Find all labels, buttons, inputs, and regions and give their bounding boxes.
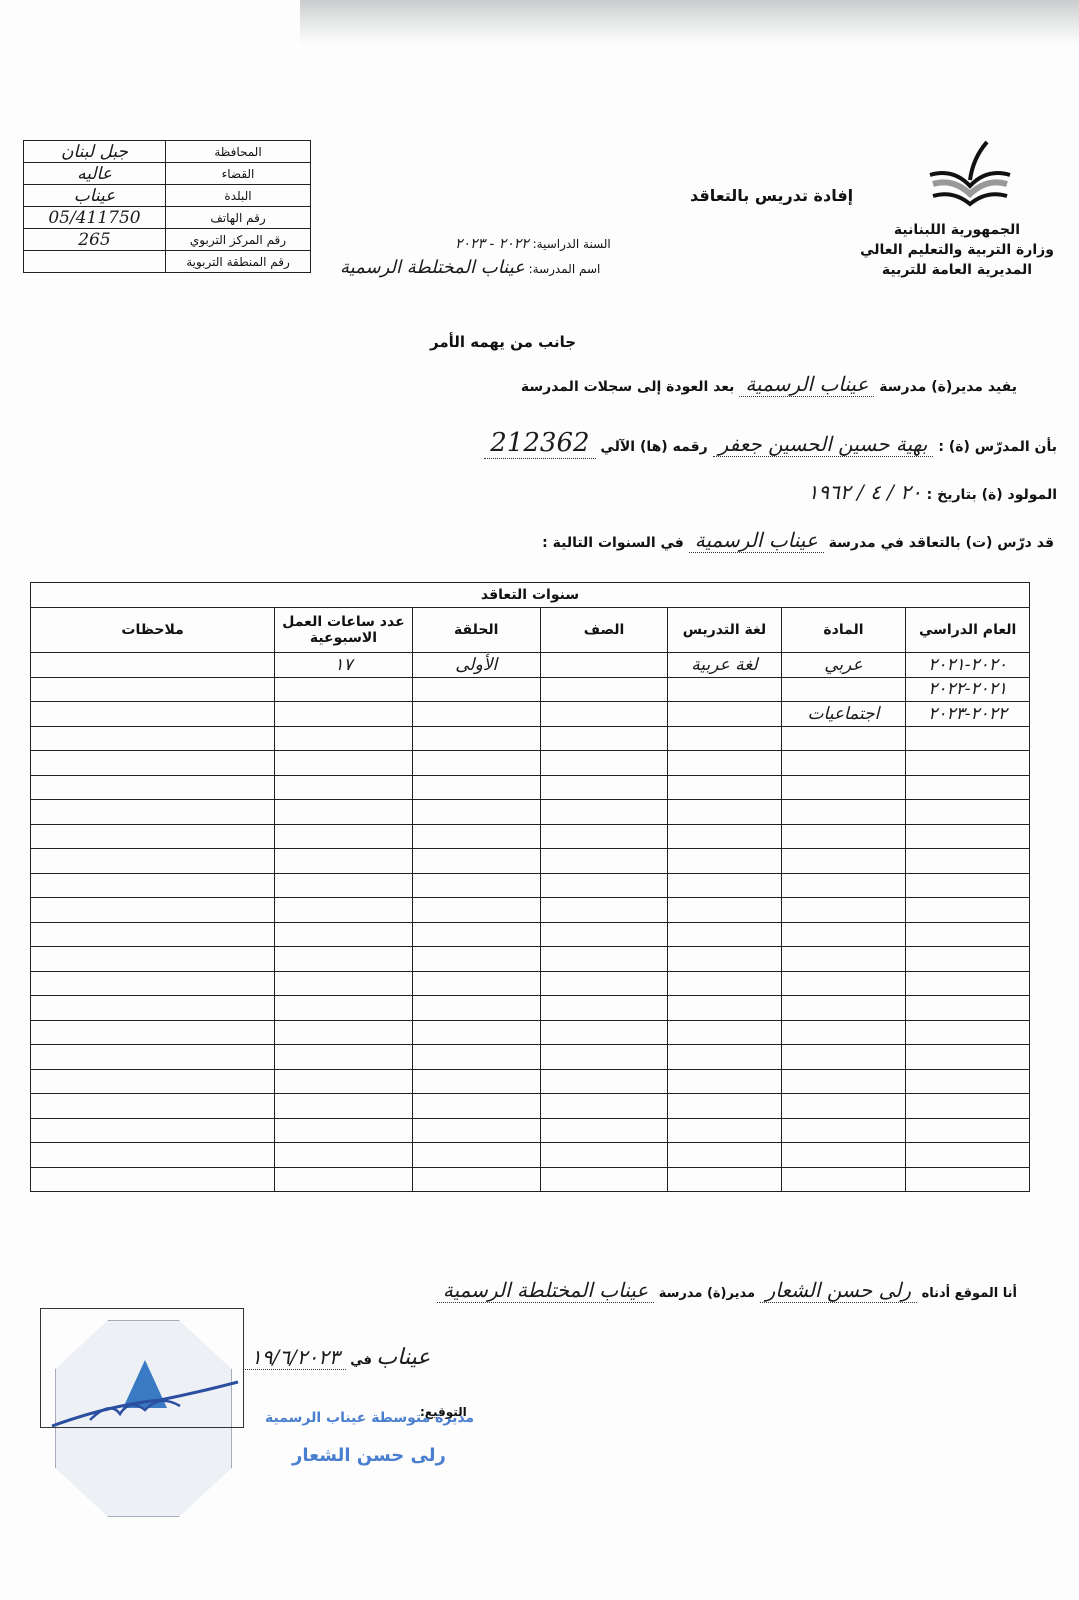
table-cell: لغة عربية [668, 653, 781, 678]
table-cell [668, 947, 781, 972]
info-row: 05/411750رقم الهاتف [24, 207, 311, 229]
table-cell [540, 971, 668, 996]
table-cell [275, 971, 413, 996]
certify-prefix: يفيد مدير(ة) مدرسة [879, 379, 1017, 395]
table-cell [31, 947, 275, 972]
table-cell [31, 653, 275, 678]
table-cell [668, 1118, 781, 1143]
table-cell [31, 775, 275, 800]
table-row: ٢٠٢١-٢٠٢٢ [31, 677, 1030, 702]
table-cell [31, 1118, 275, 1143]
table-cell [668, 702, 781, 727]
table-cell [412, 1045, 540, 1070]
table-cell [781, 873, 906, 898]
info-row: رقم المنطقة التربوية [24, 251, 311, 273]
table-cell [31, 922, 275, 947]
table-row [31, 726, 1030, 751]
teacher-line: بأن المدرّس (ة) : بهية حسين الحسين جعفر … [484, 428, 1057, 459]
table-cell [31, 702, 275, 727]
table-cell [540, 873, 668, 898]
table-cell [540, 775, 668, 800]
table-row: ٢٠٢٠-٢٠٢١عربيلغة عربيةالأولى١٧ [31, 653, 1030, 678]
table-row [31, 971, 1030, 996]
info-row: عاليهالقضاء [24, 163, 311, 185]
table-cell [412, 726, 540, 751]
table-cell [906, 1143, 1030, 1168]
table-cell [668, 726, 781, 751]
birthdate-label: المولود (ة) بتاريخ : [927, 487, 1057, 503]
table-row [31, 849, 1030, 874]
table-cell [412, 1094, 540, 1119]
column-header: الصف [540, 608, 668, 653]
school-year-value: ٢٠٢٢ - ٢٠٢٣ [455, 236, 529, 252]
table-cell [275, 775, 413, 800]
table-cell [781, 996, 906, 1021]
table-cell [540, 898, 668, 923]
table-cell [540, 1167, 668, 1192]
table-cell [31, 1069, 275, 1094]
info-row: عينابالبلدة [24, 185, 311, 207]
signer-label: أنا الموقع أدناه [922, 1286, 1017, 1301]
stamp-name: رلى حسن الشعار [292, 1445, 446, 1466]
table-cell [31, 1094, 275, 1119]
table-cell [275, 726, 413, 751]
table-cell [540, 653, 668, 678]
table-cell [412, 1069, 540, 1094]
table-cell [668, 1143, 781, 1168]
info-label: البلدة [166, 185, 311, 207]
table-cell [412, 996, 540, 1021]
table-cell [412, 849, 540, 874]
table-cell [906, 800, 1030, 825]
date-prefix: في [350, 1353, 372, 1368]
info-row: جبل لبنانالمحافظة [24, 141, 311, 163]
table-cell [906, 947, 1030, 972]
teacher-name: بهية حسين الحسين جعفر [713, 432, 934, 457]
table-cell [668, 873, 781, 898]
table-cell [781, 1167, 906, 1192]
table-cell [412, 898, 540, 923]
table-cell [540, 1094, 668, 1119]
table-cell [906, 1020, 1030, 1045]
table-row [31, 751, 1030, 776]
column-header: ملاحظات [31, 608, 275, 653]
table-cell [668, 824, 781, 849]
table-cell: عربي [781, 653, 906, 678]
table-cell [540, 800, 668, 825]
table-cell [540, 1118, 668, 1143]
table-cell: ٢٠٢٢-٢٠٢٣ [906, 702, 1030, 727]
table-cell [906, 1167, 1030, 1192]
table-cell [412, 971, 540, 996]
republic-name: الجمهورية اللبنانية [857, 220, 1057, 240]
school-name-label: اسم المدرسة: [529, 262, 601, 276]
table-cell [668, 800, 781, 825]
column-header: عدد ساعات العمل الاسبوعية [275, 608, 413, 653]
table-cell [781, 1094, 906, 1119]
table-cell [540, 1020, 668, 1045]
table-cell [906, 849, 1030, 874]
signature-date: ١٩/٦/٢٠٢٣ [245, 1345, 346, 1370]
table-cell [31, 1143, 275, 1168]
table-cell [906, 1118, 1030, 1143]
table-cell [906, 1045, 1030, 1070]
table-cell [412, 751, 540, 776]
table-cell [668, 677, 781, 702]
teacher-label: بأن المدرّس (ة) : [938, 439, 1057, 455]
place-value: عيناب [376, 1345, 430, 1370]
table-cell [906, 873, 1030, 898]
contract-school-line: قد درّس (ت) بالتعاقد في مدرسة عيناب الرس… [542, 528, 1054, 553]
table-cell [781, 726, 906, 751]
table-cell [540, 726, 668, 751]
table-cell [540, 947, 668, 972]
table-cell [540, 1045, 668, 1070]
table-row [31, 824, 1030, 849]
table-cell [275, 800, 413, 825]
table-cell: ٢٠٢٠-٢٠٢١ [906, 653, 1030, 678]
info-label: رقم المنطقة التربوية [166, 251, 311, 273]
table-group-header: سنوات التعاقد [31, 583, 1030, 608]
table-row [31, 1094, 1030, 1119]
table-cell [31, 1167, 275, 1192]
table-cell [412, 775, 540, 800]
table-cell [31, 751, 275, 776]
table-cell [412, 1118, 540, 1143]
table-cell [31, 873, 275, 898]
table-cell [412, 702, 540, 727]
school-name-line: اسم المدرسة: عيناب المختلطة الرسمية [340, 257, 600, 278]
table-cell [275, 1118, 413, 1143]
table-cell [412, 1020, 540, 1045]
table-cell [412, 873, 540, 898]
ministry-name: وزارة التربية والتعليم العالي [857, 240, 1057, 260]
table-cell [275, 1167, 413, 1192]
table-cell [31, 824, 275, 849]
table-cell [275, 1094, 413, 1119]
table-row: ٢٠٢٢-٢٠٢٣اجتماعيات [31, 702, 1030, 727]
table-cell [31, 996, 275, 1021]
table-cell [781, 947, 906, 972]
table-cell [668, 1069, 781, 1094]
table-cell [668, 775, 781, 800]
table-cell [275, 677, 413, 702]
table-row [31, 800, 1030, 825]
table-cell [275, 849, 413, 874]
declaration-line: أنا الموقع أدناه رلى حسن الشعار مدير(ة) … [437, 1278, 1017, 1303]
table-cell [781, 800, 906, 825]
table-cell: الأولى [412, 653, 540, 678]
table-cell [412, 1143, 540, 1168]
directorate-name: المديرية العامة للتربية [857, 260, 1057, 280]
table-cell [275, 751, 413, 776]
info-value: 05/411750 [24, 207, 166, 229]
director-school: عيناب المختلطة الرسمية [437, 1278, 654, 1303]
contract-school-label: قد درّس (ت) بالتعاقد في مدرسة [829, 535, 1054, 551]
table-cell [540, 849, 668, 874]
table-cell [31, 1020, 275, 1045]
table-cell [275, 1020, 413, 1045]
table-cell [781, 849, 906, 874]
table-cell [31, 971, 275, 996]
table-row [31, 996, 1030, 1021]
table-cell [275, 1069, 413, 1094]
table-cell [275, 873, 413, 898]
table-cell [781, 775, 906, 800]
table-cell [540, 677, 668, 702]
info-label: رقم الهاتف [166, 207, 311, 229]
table-cell [906, 1069, 1030, 1094]
table-cell [906, 751, 1030, 776]
table-cell [540, 1143, 668, 1168]
info-value: 265 [24, 229, 166, 251]
table-cell [540, 702, 668, 727]
table-row [31, 1143, 1030, 1168]
table-cell [540, 751, 668, 776]
table-cell [275, 1045, 413, 1070]
table-cell [781, 1045, 906, 1070]
table-cell [412, 922, 540, 947]
certify-suffix: بعد العودة إلى سجلات المدرسة [521, 379, 735, 395]
table-cell [275, 996, 413, 1021]
table-cell [781, 1020, 906, 1045]
info-value [24, 251, 166, 273]
table-cell [31, 1045, 275, 1070]
table-cell [412, 947, 540, 972]
table-row [31, 873, 1030, 898]
info-value: عيناب [24, 185, 166, 207]
table-cell [412, 1167, 540, 1192]
table-cell [906, 824, 1030, 849]
table-cell [31, 726, 275, 751]
table-cell [906, 898, 1030, 923]
table-cell [275, 824, 413, 849]
info-label: المحافظة [166, 141, 311, 163]
stamp-title: مديرة متوسطة عيناب الرسمية [265, 1410, 474, 1426]
table-cell [412, 677, 540, 702]
table-cell [781, 677, 906, 702]
table-cell [668, 1020, 781, 1045]
table-row [31, 947, 1030, 972]
table-row [31, 1118, 1030, 1143]
open-book-quill-icon [925, 140, 1015, 210]
table-cell [906, 971, 1030, 996]
contract-years-table: سنوات التعاقد العام الدراسيالمادةلغة الت… [30, 582, 1030, 1192]
table-cell: اجتماعيات [781, 702, 906, 727]
info-label: رقم المركز التربوي [166, 229, 311, 251]
table-cell [275, 898, 413, 923]
table-cell: ٢٠٢١-٢٠٢٢ [906, 677, 1030, 702]
column-header: الحلقة [412, 608, 540, 653]
column-header: لغة التدريس [668, 608, 781, 653]
school-name-value: عيناب المختلطة الرسمية [340, 257, 525, 278]
document-title: إفادة تدريس بالتعاقد [690, 186, 853, 205]
table-cell [275, 1143, 413, 1168]
info-row: 265رقم المركز التربوي [24, 229, 311, 251]
table-cell [540, 824, 668, 849]
table-cell [31, 849, 275, 874]
location-info-table: جبل لبنانالمحافظةعاليهالقضاءعينابالبلدة0… [23, 140, 311, 273]
table-cell [275, 947, 413, 972]
info-value: جبل لبنان [24, 141, 166, 163]
table-cell [906, 1094, 1030, 1119]
table-cell [668, 898, 781, 923]
table-cell [275, 702, 413, 727]
table-cell: ١٧ [275, 653, 413, 678]
table-cell [668, 1045, 781, 1070]
table-cell [781, 1143, 906, 1168]
table-cell [781, 922, 906, 947]
table-row [31, 1020, 1030, 1045]
table-cell [540, 996, 668, 1021]
table-cell [412, 800, 540, 825]
table-row [31, 898, 1030, 923]
table-row [31, 1069, 1030, 1094]
table-cell [781, 1118, 906, 1143]
table-cell [906, 726, 1030, 751]
to-whom-it-may-concern: جانب من يهمه الأمر [430, 333, 576, 351]
table-cell [412, 824, 540, 849]
table-cell [781, 824, 906, 849]
table-cell [540, 922, 668, 947]
info-label: القضاء [166, 163, 311, 185]
table-cell [781, 751, 906, 776]
table-cell [540, 1069, 668, 1094]
certify-line: يفيد مدير(ة) مدرسة عيناب الرسمية بعد الع… [521, 372, 1017, 397]
contract-years-suffix: في السنوات التالية : [542, 535, 684, 551]
contract-school-name: عيناب الرسمية [689, 528, 824, 553]
table-cell [668, 1167, 781, 1192]
birthdate-value: ٢٠ / ٤ / ١٩٦٢ [808, 480, 922, 504]
table-cell [781, 898, 906, 923]
table-cell [668, 1094, 781, 1119]
table-row [31, 775, 1030, 800]
info-value: عاليه [24, 163, 166, 185]
table-row [31, 1045, 1030, 1070]
ministry-header: الجمهورية اللبنانية وزارة التربية والتعل… [857, 220, 1057, 280]
director-label: مدير(ة) مدرسة [659, 1286, 755, 1301]
table-cell [668, 971, 781, 996]
table-cell [668, 922, 781, 947]
school-year-line: السنة الدراسية: ٢٠٢٢ - ٢٠٢٣ [455, 236, 611, 252]
table-row [31, 922, 1030, 947]
table-cell [668, 751, 781, 776]
certify-school: عيناب الرسمية [739, 372, 874, 397]
table-cell [31, 898, 275, 923]
table-cell [31, 800, 275, 825]
table-cell [668, 996, 781, 1021]
teacher-number-label: رقمه (ها) الآلي [600, 439, 707, 455]
table-cell [906, 775, 1030, 800]
table-cell [668, 849, 781, 874]
table-cell [906, 922, 1030, 947]
teacher-number: 212362 [484, 428, 595, 459]
table-cell [906, 996, 1030, 1021]
table-row [31, 1167, 1030, 1192]
scan-shadow [300, 0, 1079, 45]
place-date-line: عيناب في ١٩/٦/٢٠٢٣ [245, 1345, 430, 1370]
signature-scrawl [50, 1380, 240, 1430]
school-year-label: السنة الدراسية: [533, 237, 611, 251]
table-cell [31, 677, 275, 702]
table-cell [275, 922, 413, 947]
birthdate-line: المولود (ة) بتاريخ : ٢٠ / ٤ / ١٩٦٢ [808, 480, 1057, 504]
column-header: المادة [781, 608, 906, 653]
table-cell [781, 971, 906, 996]
table-cell [781, 1069, 906, 1094]
signer-name: رلى حسن الشعار [760, 1278, 917, 1303]
column-header: العام الدراسي [906, 608, 1030, 653]
